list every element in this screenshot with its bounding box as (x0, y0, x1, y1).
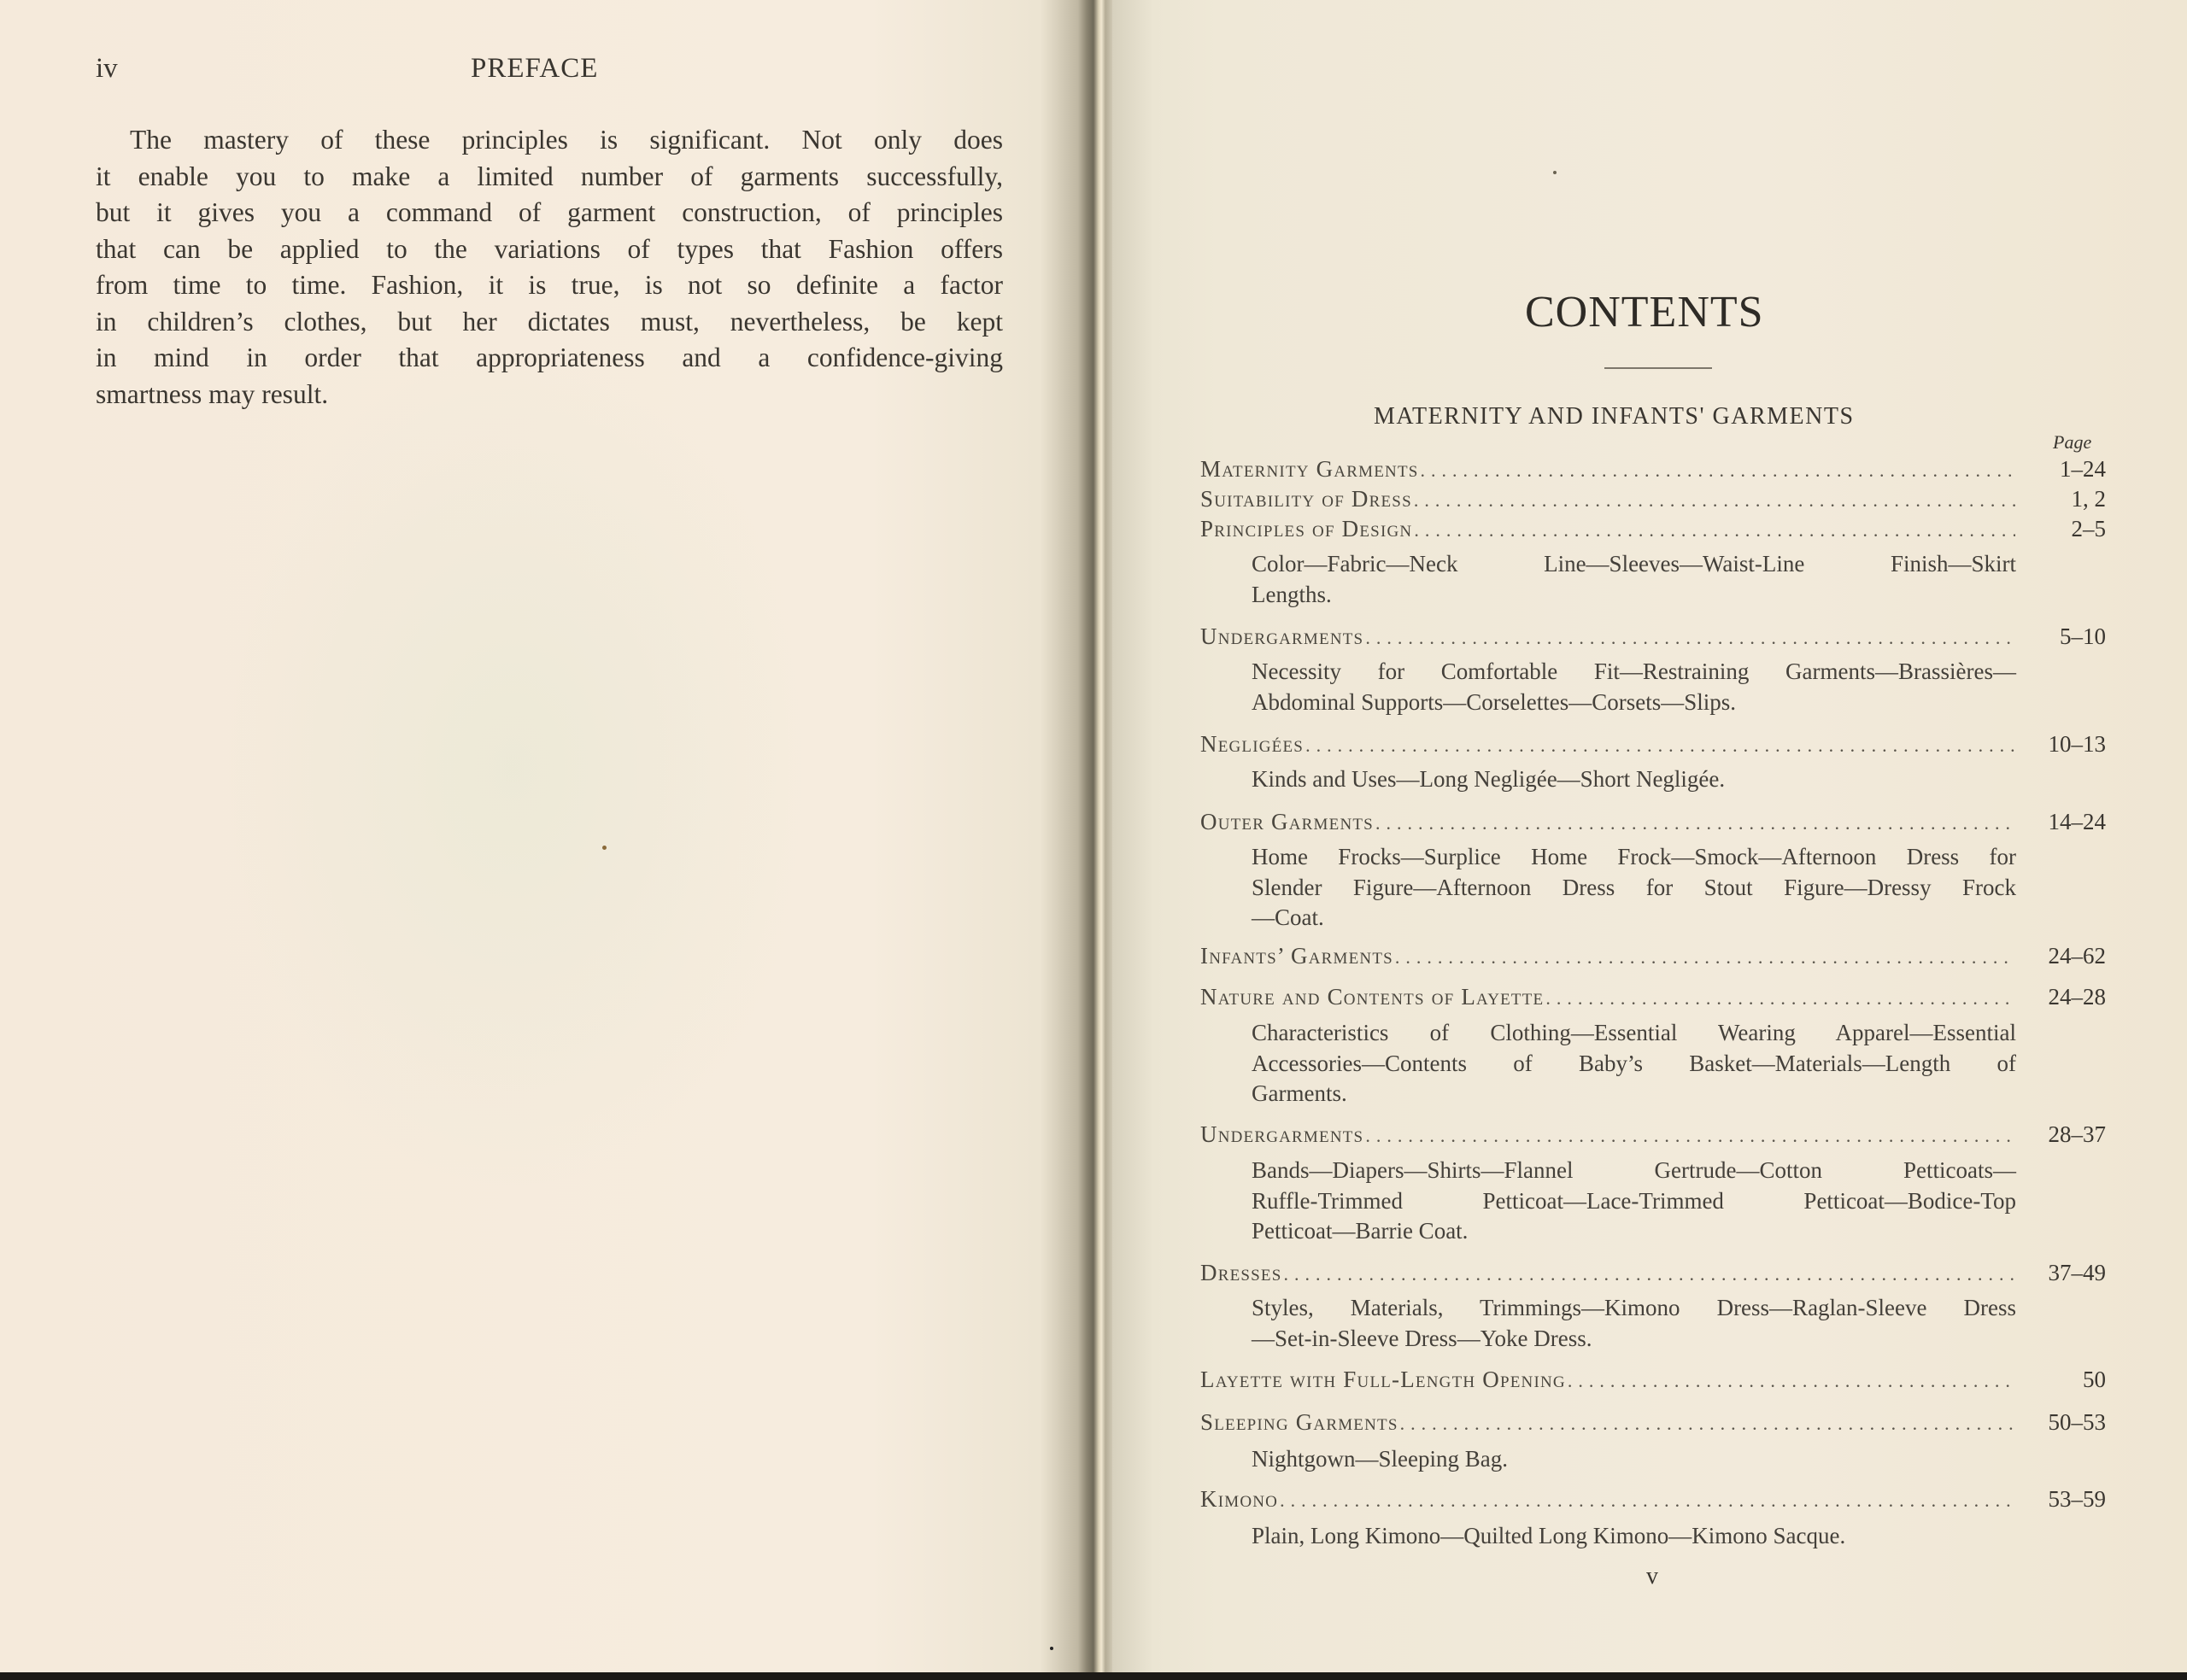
scan-bottom-edge (0, 1672, 2187, 1680)
toc-entry-label: Principles of Design (1200, 516, 1412, 542)
text-line: in mind in order that appropriateness an… (96, 340, 1003, 377)
toc-page-number: 2–5 (2036, 516, 2106, 542)
subtopic-line: Plain, Long Kimono—Quilted Long Kimono—K… (1252, 1521, 2016, 1552)
toc-entry[interactable]: Infants’ Garments ......................… (1200, 943, 2106, 974)
toc-entry-subtopics: Bands—Diapers—Shirts—Flannel Gertrude—Co… (1252, 1156, 2016, 1247)
subtopic-line: Abdominal Supports—Corselettes—Corsets—S… (1252, 688, 2016, 718)
text-line: but it gives you a command of garment co… (96, 195, 1003, 231)
toc-entry[interactable]: Nature and Contents of Layette .........… (1200, 984, 2106, 1015)
toc-entry[interactable]: Suitability of Dress ...................… (1200, 486, 2106, 517)
subtopic-line: Ruffle-Trimmed Petticoat—Lace-Trimmed Pe… (1252, 1186, 2016, 1217)
toc-page-number: 24–62 (2036, 943, 2106, 969)
subtopic-line: Slender Figure—Afternoon Dress for Stout… (1252, 873, 2016, 904)
subtopic-line: Lengths. (1252, 580, 2016, 611)
paper-speck (602, 846, 607, 850)
toc-entry-label: Suitability of Dress (1200, 486, 1412, 512)
toc-entry-subtopics: Kinds and Uses—Long Negligée—Short Negli… (1252, 764, 2016, 795)
toc-entry-subtopics: Plain, Long Kimono—Quilted Long Kimono—K… (1252, 1521, 2016, 1552)
dot-leader: ........................................… (1414, 489, 2015, 512)
toc-entry[interactable]: Undergarments ..........................… (1200, 1121, 2106, 1152)
toc-page-number: 10–13 (2036, 731, 2106, 758)
toc-entry-label: Negligées (1200, 731, 1304, 758)
toc-entry[interactable]: Dresses ................................… (1200, 1260, 2106, 1291)
toc-page-number: 53–59 (2036, 1486, 2106, 1513)
toc-entry[interactable]: Outer Garments .........................… (1200, 809, 2106, 840)
subtopic-line: Bands—Diapers—Shirts—Flannel Gertrude—Co… (1252, 1156, 2016, 1186)
toc-entry-label: Infants’ Garments (1200, 943, 1393, 969)
subtopic-line: Garments. (1252, 1079, 2016, 1109)
dot-leader: ........................................… (1305, 735, 2015, 757)
subtopic-line: Kinds and Uses—Long Negligée—Short Negli… (1252, 764, 2016, 795)
subtopic-line: Styles, Materials, Trimmings—Kimono Dres… (1252, 1293, 2016, 1324)
running-head: PREFACE (471, 53, 598, 85)
toc-page-number: 5–10 (2036, 623, 2106, 650)
dot-leader: ........................................… (1414, 519, 2015, 541)
toc-entry-subtopics: Necessity for Comfortable Fit—Restrainin… (1252, 657, 2016, 717)
toc-page-number: 37–49 (2036, 1260, 2106, 1286)
text-line: it enable you to make a limited number o… (96, 159, 1003, 196)
subtopic-line: Accessories—Contents of Baby’s Basket—Ma… (1252, 1049, 2016, 1080)
page-number-left: iv (96, 53, 118, 85)
text-line: smartness may result. (96, 377, 1003, 413)
dot-leader: ........................................… (1421, 460, 2015, 482)
toc-page-number: 1–24 (2036, 456, 2106, 483)
toc-entry[interactable]: Negligées ..............................… (1200, 731, 2106, 762)
toc-page-number: 50 (2036, 1367, 2106, 1393)
toc-entry-subtopics: Color—Fabric—Neck Line—Sleeves—Waist-Lin… (1252, 549, 2016, 610)
subtopic-line: Color—Fabric—Neck Line—Sleeves—Waist-Lin… (1252, 549, 2016, 580)
text-line: from time to time. Fashion, it is true, … (96, 267, 1003, 304)
subtopic-line: Necessity for Comfortable Fit—Restrainin… (1252, 657, 2016, 688)
dot-leader: ........................................… (1283, 1263, 2015, 1285)
toc-page-number: 1, 2 (2036, 486, 2106, 512)
toc-entry-label: Outer Garments (1200, 809, 1374, 835)
subtopic-line: Home Frocks—Surplice Home Frock—Smock—Af… (1252, 842, 2016, 873)
toc-entry-label: Undergarments (1200, 1121, 1363, 1148)
toc-entry-subtopics: Home Frocks—Surplice Home Frock—Smock—Af… (1252, 842, 2016, 934)
toc-page-number: 14–24 (2036, 809, 2106, 835)
dot-leader: ........................................… (1545, 987, 2015, 1010)
text-line: in children’s clothes, but her dictates … (96, 304, 1003, 341)
section-heading: MATERNITY AND INFANTS' GARMENTS (1374, 403, 1855, 430)
page-column-label: Page (2053, 431, 2091, 454)
dot-leader: ........................................… (1365, 627, 2015, 649)
toc-page-number: 24–28 (2036, 984, 2106, 1010)
subtopic-line: Nightgown—Sleeping Bag. (1252, 1444, 2016, 1475)
toc-entry-label: Sleeping Garments (1200, 1409, 1398, 1436)
toc-entry-label: Kimono (1200, 1486, 1278, 1513)
toc-entry-subtopics: Nightgown—Sleeping Bag. (1252, 1444, 2016, 1475)
toc-entry[interactable]: Undergarments ..........................… (1200, 623, 2106, 654)
toc-page-number: 28–37 (2036, 1121, 2106, 1148)
dot-leader: ........................................… (1375, 812, 2015, 834)
dot-leader: ........................................… (1400, 1413, 2015, 1435)
subtopic-line: —Set-in-Sleeve Dress—Yoke Dress. (1252, 1324, 2016, 1355)
toc-entry-label: Layette with Full-Length Opening (1200, 1367, 1566, 1393)
toc-entry-label: Undergarments (1200, 623, 1363, 650)
preface-paragraph: The mastery of these principles is signi… (96, 122, 1003, 413)
toc-entry[interactable]: Sleeping Garments ......................… (1200, 1409, 2106, 1440)
toc-entry[interactable]: Principles of Design ...................… (1200, 516, 2106, 547)
toc-entry-subtopics: Characteristics of Clothing—Essential We… (1252, 1018, 2016, 1109)
title-rule-divider (1604, 367, 1712, 369)
dot-leader: ........................................… (1280, 1490, 2015, 1512)
dot-leader: ........................................… (1395, 946, 2015, 969)
dot-leader: ........................................… (1365, 1125, 2015, 1147)
toc-entry[interactable]: Maternity Garments .....................… (1200, 456, 2106, 487)
subtopic-line: —Coat. (1252, 903, 2016, 934)
toc-entry[interactable]: Layette with Full-Length Opening .......… (1200, 1367, 2106, 1397)
toc-entry-label: Nature and Contents of Layette (1200, 984, 1544, 1010)
contents-title: CONTENTS (1525, 287, 1764, 337)
toc-entry-label: Dresses (1200, 1260, 1281, 1286)
paper-speck (1553, 171, 1557, 174)
book-spine-gutter (1078, 0, 1112, 1672)
toc-page-number: 50–53 (2036, 1409, 2106, 1436)
subtopic-line: Petticoat—Barrie Coat. (1252, 1216, 2016, 1247)
paper-speck (1050, 1647, 1053, 1650)
text-line: The mastery of these principles is signi… (96, 122, 1003, 159)
dot-leader: ........................................… (1568, 1370, 2015, 1392)
toc-entry-subtopics: Styles, Materials, Trimmings—Kimono Dres… (1252, 1293, 2016, 1354)
page-number-right: v (1646, 1563, 1658, 1590)
toc-entry[interactable]: Kimono .................................… (1200, 1486, 2106, 1517)
text-line: that can be applied to the variations of… (96, 231, 1003, 268)
toc-entry-label: Maternity Garments (1200, 456, 1419, 483)
subtopic-line: Characteristics of Clothing—Essential We… (1252, 1018, 2016, 1049)
